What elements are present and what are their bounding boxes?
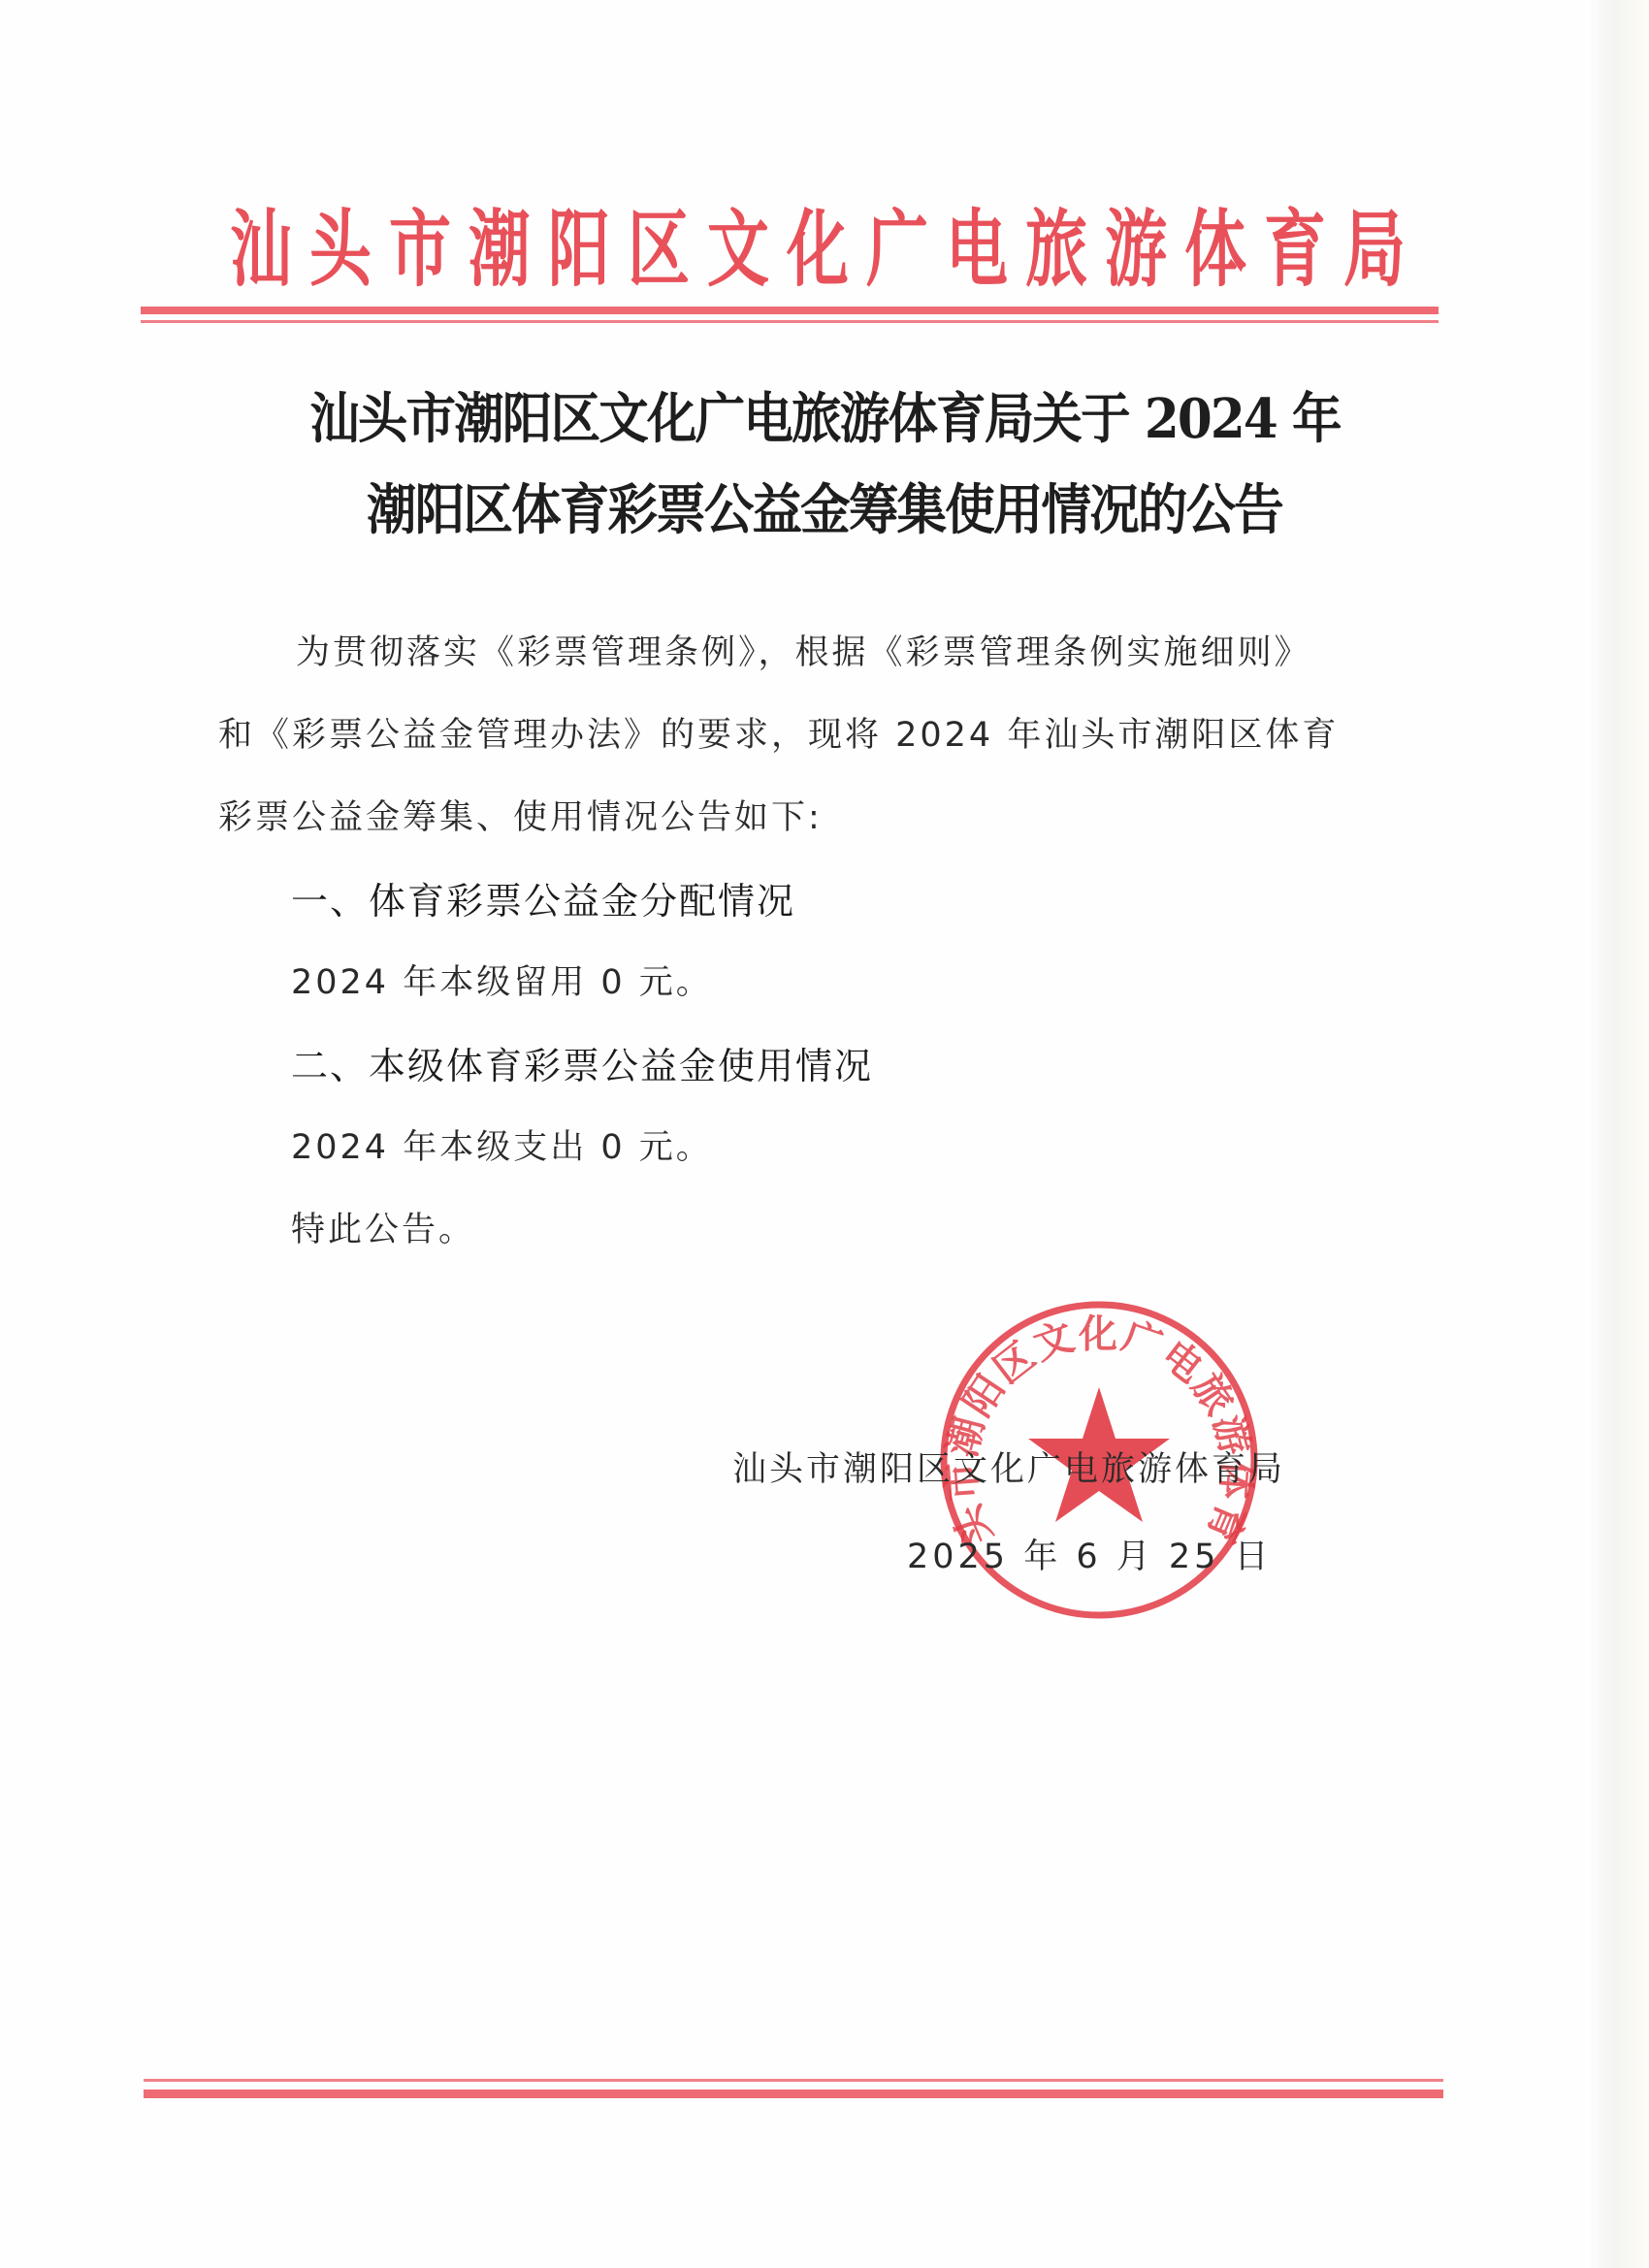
signature-org: 汕头市潮阳区文化广电旅游体育局 (732, 1442, 1285, 1491)
signature-date: 2025 年 6 月 25 日 (907, 1530, 1273, 1578)
title-line-1-text: 汕头市潮阳区文化广电旅游体育局关于 2024 年 (309, 376, 1340, 454)
intro-line-2: 和《彩票公益金管理办法》的要求，现将 2024 年汕头市潮阳区体育 (218, 708, 1339, 757)
section-1-content: 2024 年本级留用 0 元。 (291, 956, 713, 1004)
masthead-char: 区 (628, 183, 690, 303)
scan-edge (1591, 0, 1649, 2268)
intro-line-3: 彩票公益金筹集、使用情况公告如下: (218, 791, 823, 839)
masthead-char: 育 (1264, 183, 1326, 303)
masthead-char: 头 (309, 183, 372, 303)
masthead-char: 市 (389, 183, 451, 303)
bottom-rule-thick (144, 2090, 1443, 2098)
section-2-heading: 二、本级体育彩票公益金使用情况 (291, 1036, 873, 1089)
masthead-char: 电 (946, 183, 1008, 303)
masthead-char: 体 (1184, 183, 1246, 303)
masthead-char: 潮 (469, 183, 531, 303)
document-title-line-1: 汕头市潮阳区文化广电旅游体育局关于 2024 年 (0, 376, 1649, 454)
masthead-char: 广 (866, 183, 928, 303)
top-rule-thick (141, 307, 1439, 314)
closing-text: 特此公告。 (291, 1203, 475, 1251)
section-2-content: 2024 年本级支出 0 元。 (291, 1120, 713, 1169)
title-line-2-text: 潮阳区体育彩票公益金筹集使用情况的公告 (367, 468, 1282, 545)
masthead-char: 文 (707, 183, 769, 303)
bottom-rule-thin (144, 2079, 1443, 2082)
masthead-org-name: 汕头市潮阳区文化广电旅游体育局 (221, 194, 1385, 291)
masthead-char: 化 (787, 183, 849, 303)
document-title-line-2: 潮阳区体育彩票公益金筹集使用情况的公告 (0, 468, 1649, 545)
intro-line-1: 为贯彻落实《彩票管理条例》，根据《彩票管理条例实施细则》 (296, 626, 1311, 674)
document-page: 汕头市潮阳区文化广电旅游体育局 汕头市潮阳区文化广电旅游体育局 汕头市潮阳区文化… (0, 0, 1649, 2268)
masthead-char: 局 (1343, 183, 1406, 303)
masthead-char: 游 (1105, 183, 1167, 303)
top-rule-thin (141, 320, 1439, 323)
section-1-heading: 一、体育彩票公益金分配情况 (291, 871, 795, 924)
masthead-char: 汕 (230, 183, 292, 303)
masthead-char: 阳 (548, 183, 610, 303)
masthead-char: 旅 (1025, 183, 1087, 303)
